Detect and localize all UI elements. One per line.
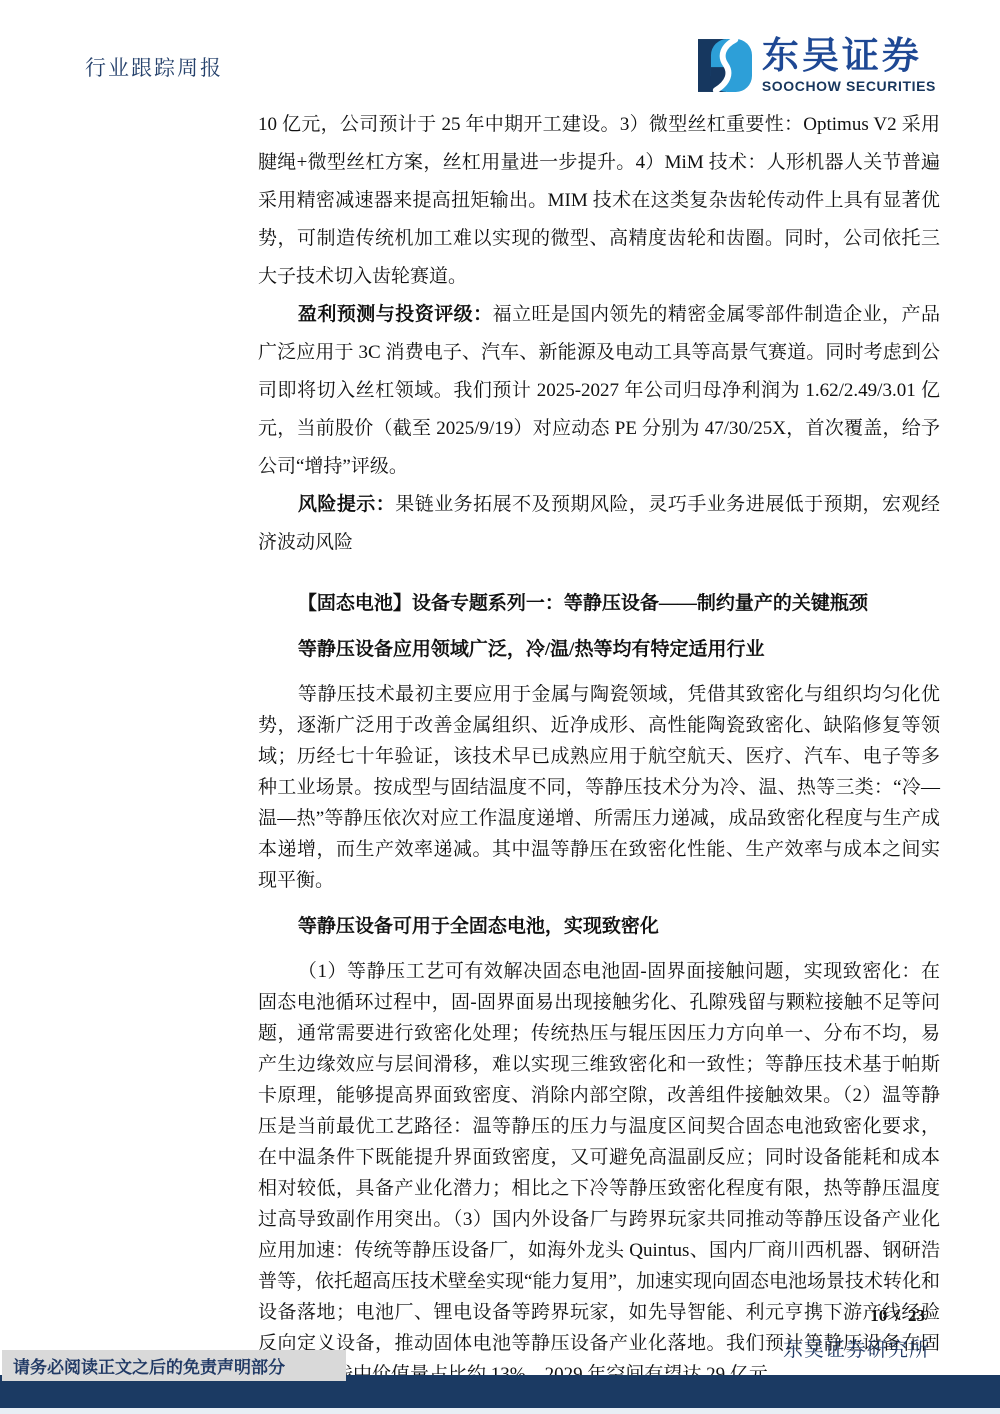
section-solid-state-battery: 【固态电池】设备专题系列一：等静压设备——制约量产的关键瓶颈 等静压设备应用领域… bbox=[258, 588, 940, 1390]
logo-en-text: SOOCHOW SECURITIES bbox=[762, 78, 936, 94]
report-type-label: 行业跟踪周报 bbox=[85, 52, 223, 82]
document-body: 10 亿元，公司预计于 25 年中期开工建设。3）微型丝杠重要性：Optimus… bbox=[258, 106, 940, 1390]
section-company-review: 10 亿元，公司预计于 25 年中期开工建设。3）微型丝杠重要性：Optimus… bbox=[258, 106, 940, 562]
profit-forecast-lead: 盈利预测与投资评级： bbox=[298, 304, 493, 325]
report-page: 行业跟踪周报 东吴证券 SOOCHOW SECURITIES 10 亿元，公司预… bbox=[0, 0, 1000, 1414]
profit-forecast-text: 福立旺是国内领先的精密金属零部件制造企业，产品广泛应用于 3C 消费电子、汽车、… bbox=[258, 304, 940, 477]
disclaimer-text: 请务必阅读正文之后的免责声明部分 bbox=[13, 1353, 285, 1378]
page-number: 10/23 bbox=[870, 1306, 925, 1326]
paragraph-isostatic-overview: 等静压技术最初主要应用于金属与陶瓷领域，凭借其致密化与组织均匀化优势，逐渐广泛用… bbox=[258, 679, 940, 896]
footer-strip bbox=[0, 1408, 1000, 1414]
paragraph-risk-warning: 风险提示：果链业务拓展不及预期风险，灵巧手业务进展低于预期，宏观经济波动风险 bbox=[258, 486, 940, 562]
paragraph-screw-technology: 10 亿元，公司预计于 25 年中期开工建设。3）微型丝杠重要性：Optimus… bbox=[258, 106, 940, 296]
logo-text-block: 东吴证券 SOOCHOW SECURITIES bbox=[762, 37, 936, 94]
soochow-logo-icon bbox=[698, 37, 752, 94]
risk-warning-lead: 风险提示： bbox=[298, 494, 395, 515]
page-number-separator: / bbox=[895, 1306, 900, 1325]
page-current: 10 bbox=[870, 1306, 887, 1325]
paragraph-profit-forecast: 盈利预测与投资评级：福立旺是国内领先的精密金属零部件制造企业，产品广泛应用于 3… bbox=[258, 296, 940, 486]
paragraph-isostatic-detail: （1）等静压工艺可有效解决固态电池固-固界面接触问题，实现致密化：在固态电池循环… bbox=[258, 956, 940, 1390]
subheading-solid-state-use: 等静压设备可用于全固态电池，实现致密化 bbox=[258, 911, 940, 942]
page-total: 23 bbox=[908, 1306, 925, 1325]
institute-name: 东吴证券研究所 bbox=[783, 1333, 930, 1362]
section-title-solid-state: 【固态电池】设备专题系列一：等静压设备——制约量产的关键瓶颈 bbox=[258, 588, 940, 619]
disclaimer-box: 请务必阅读正文之后的免责声明部分 bbox=[2, 1350, 346, 1381]
subheading-isostatic-applications: 等静压设备应用领域广泛，冷/温/热等均有特定适用行业 bbox=[258, 634, 940, 665]
logo-cn-text: 东吴证券 bbox=[762, 37, 936, 74]
soochow-logo: 东吴证券 SOOCHOW SECURITIES bbox=[698, 37, 936, 94]
